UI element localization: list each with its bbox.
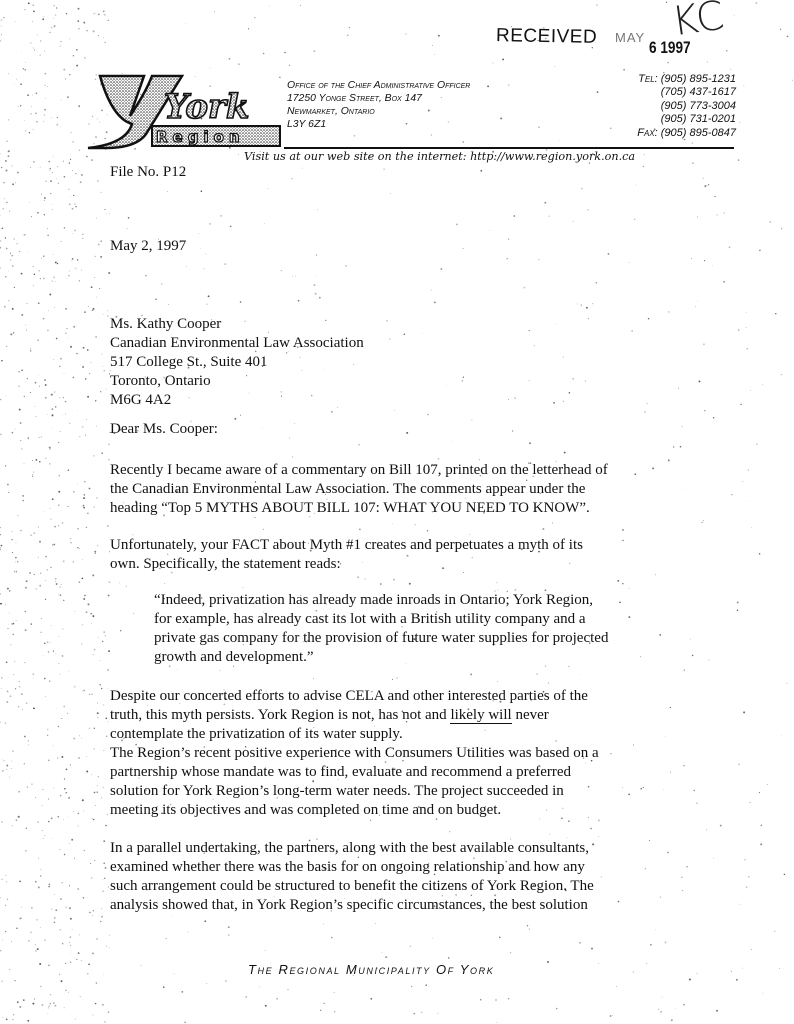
footer-municipality: The Regional Municipality Of York [248, 962, 494, 977]
text-line: heading “Top 5 MYTHS ABOUT BILL 107: WHA… [110, 499, 726, 518]
handwritten-underline: likely will [450, 707, 511, 724]
text-line: growth and development.” [154, 648, 726, 667]
fax-number: (905) 895-0847 [661, 127, 736, 139]
recipient-name: Ms. Kathy Cooper [110, 315, 364, 334]
text-line: partnership whose mandate was to find, e… [110, 763, 726, 782]
recipient-city: Toronto, Ontario [110, 372, 364, 391]
received-stamp-label: RECEIVED [496, 25, 598, 49]
website-line: Visit us at our web site on the internet… [244, 150, 635, 163]
phone-3: (905) 773-3004 [637, 100, 736, 113]
text-line: Recently I became aware of a commentary … [110, 461, 726, 480]
file-number: File No. P12 [110, 164, 186, 181]
text-line: truth, this myth persists. York Region i… [110, 706, 726, 725]
text-line: The Region’s recent positive experience … [110, 744, 726, 763]
received-stamp-month: MAY [615, 30, 645, 45]
recipient-address: Ms. Kathy Cooper Canadian Environmental … [110, 315, 364, 410]
text-line: such arrangement could be structured to … [110, 877, 726, 896]
text-line: meeting its objectives and was completed… [110, 801, 726, 820]
salutation: Dear Ms. Cooper: [110, 421, 218, 438]
text-line: own. Specifically, the statement reads: [110, 555, 726, 574]
letter-date: May 2, 1997 [110, 238, 186, 255]
text-line: contemplate the privatization of its wat… [110, 725, 726, 744]
text-line: for example, has already cast its lot wi… [154, 610, 726, 629]
block-quote: “Indeed, privatization has already made … [154, 591, 726, 667]
text-line: the Canadian Environmental Law Associati… [110, 480, 726, 499]
paragraph-4: The Region’s recent positive experience … [110, 744, 726, 820]
paragraph-5: In a parallel undertaking, the partners,… [110, 839, 726, 915]
text-line: Despite our concerted efforts to advise … [110, 687, 726, 706]
svg-text:York: York [164, 87, 249, 127]
phone-1: (905) 895-1231 [661, 73, 736, 85]
office-street: 17250 Yonge Street, Box 147 [287, 92, 470, 105]
paragraph-2: Unfortunately, your FACT about Myth #1 c… [110, 536, 726, 574]
office-title: Office of the Chief Administrative Offic… [287, 79, 470, 92]
paragraph-1: Recently I became aware of a commentary … [110, 461, 726, 518]
york-region-logo: York Region [86, 72, 282, 150]
office-city: Newmarket, Ontario [287, 105, 470, 118]
text-line: solution for York Region’s long-term wat… [110, 782, 726, 801]
text-line: In a parallel undertaking, the partners,… [110, 839, 726, 858]
phone-2: (705) 437-1617 [637, 86, 736, 99]
text-line: private gas company for the provision of… [154, 629, 726, 648]
office-address: Office of the Chief Administrative Offic… [287, 79, 470, 131]
tel-label: Tel: [638, 73, 658, 85]
office-postal: L3Y 6Z1 [287, 118, 470, 131]
recipient-street: 517 College St., Suite 401 [110, 353, 364, 372]
text-line: analysis showed that, in York Region’s s… [110, 896, 726, 915]
text-line: Unfortunately, your FACT about Myth #1 c… [110, 536, 726, 555]
recipient-organization: Canadian Environmental Law Association [110, 334, 364, 353]
handwritten-initials: KC [669, 0, 727, 45]
recipient-postal: M6G 4A2 [110, 391, 364, 410]
letterhead-divider [284, 147, 734, 149]
fax-label: Fax: [637, 127, 657, 139]
text-line: “Indeed, privatization has already made … [154, 591, 726, 610]
phone-4: (905) 731-0201 [637, 113, 736, 126]
text-fragment: never [512, 707, 549, 723]
paragraph-3: Despite our concerted efforts to advise … [110, 687, 726, 744]
text-line: examined whether there was the basis for… [110, 858, 726, 877]
logo-region-text: Region [156, 128, 245, 146]
contact-block: Tel: (905) 895-1231 (705) 437-1617 (905)… [637, 73, 736, 140]
text-fragment: truth, this myth persists. York Region i… [110, 707, 450, 723]
